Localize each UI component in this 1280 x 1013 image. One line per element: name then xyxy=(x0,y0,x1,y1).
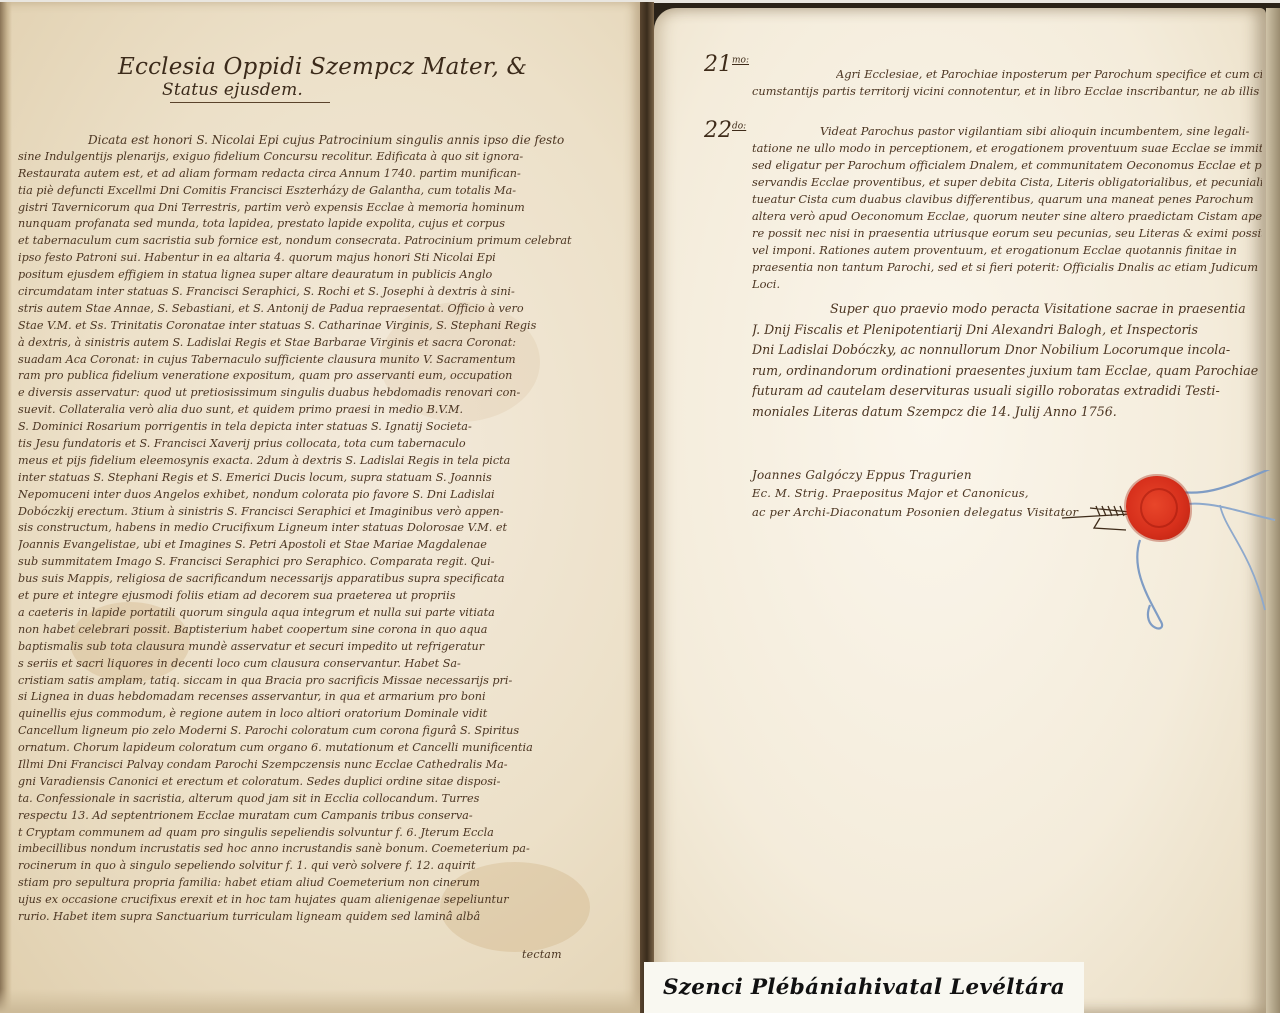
signature-line: Joannes Galgóczy Eppus Tragurien xyxy=(752,468,972,482)
manuscript-line: et pure et integre ejusmodi foliis etiam… xyxy=(18,588,593,605)
book-gutter xyxy=(640,2,654,1013)
manuscript-page-left: Ecclesia Oppidi Szempcz Mater, & Status … xyxy=(0,2,640,1013)
manuscript-line: sub summitatem Imago S. Francisci Seraph… xyxy=(18,554,593,571)
manuscript-line: imbecillibus nondum incrustatis sed hoc … xyxy=(18,841,593,858)
manuscript-line: t Cryptam communem ad quam pro singulis … xyxy=(18,825,593,842)
manuscript-line: rurio. Habet item supra Sanctuarium turr… xyxy=(18,909,593,926)
manuscript-line: ujus ex occasione crucifixus erexit et i… xyxy=(18,892,593,909)
manuscript-line: et tabernaculum cum sacristia sub fornic… xyxy=(18,233,593,250)
manuscript-line: sine Indulgentijs plenarijs, exiguo fide… xyxy=(18,149,593,166)
caption-text: Szenci Plébániahivatal Levéltára xyxy=(663,975,1065,1000)
marker-suffix: do: xyxy=(732,122,746,132)
manuscript-line: inter statuas S. Stephani Regis et S. Em… xyxy=(18,470,593,487)
binding-edge xyxy=(0,2,12,1013)
manuscript-line: meus et pijs fidelium eleemosynis exacta… xyxy=(18,453,593,470)
manuscript-line: bus suis Mappis, religiosa de sacrifican… xyxy=(18,571,593,588)
manuscript-line: Nepomuceni inter duos Angelos exhibet, n… xyxy=(18,487,593,504)
manuscript-line: s seriis et sacri liquores in decenti lo… xyxy=(18,656,593,673)
manuscript-line: si Lignea in duas hebdomadam recenses as… xyxy=(18,689,593,706)
manuscript-line: Dicata est honori S. Nicolai Epi cujus P… xyxy=(18,132,593,149)
manuscript-line: rocinerum in quo à singulo sepeliendo so… xyxy=(18,858,593,875)
manuscript-line: respectu 13. Ad septentrionem Ecclae mur… xyxy=(18,808,593,825)
manuscript-line: Cancellum ligneum pio zelo Moderni S. Pa… xyxy=(18,723,593,740)
manuscript-line: stiam pro sepultura propria familia: hab… xyxy=(18,875,593,892)
manuscript-line: stris autem Stae Annae, S. Sebastiani, e… xyxy=(18,301,593,318)
manuscript-line: tis Jesu fundatoris et S. Francisci Xave… xyxy=(18,436,593,453)
manuscript-line: Stae V.M. et Ss. Trinitatis Coronatae in… xyxy=(18,318,593,335)
archive-caption: Szenci Plébániahivatal Levéltára xyxy=(644,962,1084,1013)
manuscript-line: sis constructum, habens in medio Crucifi… xyxy=(18,520,593,537)
marker-number: 22 xyxy=(704,118,732,143)
section-marker-22: 22do: xyxy=(704,118,746,143)
wax-seal xyxy=(1126,476,1190,540)
torn-edge xyxy=(0,989,640,1013)
manuscript-line: tia piè defuncti Excellmi Dni Comitis Fr… xyxy=(18,183,593,200)
signature-line: ac per Archi-Diaconatum Posonien delegat… xyxy=(752,505,1078,519)
manuscript-line: circumdatam inter statuas S. Francisci S… xyxy=(18,284,593,301)
marker-suffix: mo: xyxy=(732,56,749,66)
manuscript-line: ram pro publica fidelium veneratione exp… xyxy=(18,368,593,385)
signature-line: Ec. M. Strig. Praepositus Major et Canon… xyxy=(752,486,1029,500)
section-marker-21: 21mo: xyxy=(704,52,749,77)
manuscript-line: Joannis Evangelistae, ubi et Imagines S.… xyxy=(18,537,593,554)
manuscript-line: Restaurata autem est, et ad aliam formam… xyxy=(18,166,593,183)
manuscript-line: ornatum. Chorum lapideum coloratum cum o… xyxy=(18,740,593,757)
manuscript-line: non habet celebrari possit. Baptisterium… xyxy=(18,622,593,639)
manuscript-line: cristiam satis amplam, tatiq. siccam in … xyxy=(18,673,593,690)
manuscript-line: gistri Tavernicorum qua Dni Terrestris, … xyxy=(18,200,593,217)
manuscript-line: positum ejusdem effigiem in statua ligne… xyxy=(18,267,593,284)
page-title: Ecclesia Oppidi Szempcz Mater, & xyxy=(118,54,527,80)
marker-number: 21 xyxy=(704,52,732,77)
manuscript-line: S. Dominici Rosarium porrigentis in tela… xyxy=(18,419,593,436)
title-underline xyxy=(170,102,330,103)
manuscript-line: e diversis asservatur: quod ut pretiosis… xyxy=(18,385,593,402)
manuscript-line: quinellis ejus commodum, è regione autem… xyxy=(18,706,593,723)
manuscript-line: baptismalis sub tota clausura mundè asse… xyxy=(18,639,593,656)
manuscript-line: nunquam profanata sed munda, tota lapide… xyxy=(18,216,593,233)
manuscript-line: ta. Confessionale in sacristia, alterum … xyxy=(18,791,593,808)
left-page-body: Dicata est honori S. Nicolai Epi cujus P… xyxy=(18,132,593,926)
page-subtitle: Status ejusdem. xyxy=(162,80,303,100)
manuscript-line: gni Varadiensis Canonici et erectum et c… xyxy=(18,774,593,791)
manuscript-line: ipso festo Patroni sui. Habentur in ea a… xyxy=(18,250,593,267)
manuscript-line: Dobóczkij erectum. 3tium à sinistris S. … xyxy=(18,504,593,521)
catchword: tectam xyxy=(522,948,562,961)
manuscript-line: a caeteris in lapide portatili quorum si… xyxy=(18,605,593,622)
manuscript-line: Illmi Dni Francisci Palvay condam Paroch… xyxy=(18,757,593,774)
manuscript-line: suadam Aca Coronat: in cujus Tabernaculo… xyxy=(18,352,593,369)
manuscript-line: à dextris, à sinistris autem S. Ladislai… xyxy=(18,335,593,352)
manuscript-line: suevit. Collateralia verò alia duo sunt,… xyxy=(18,402,593,419)
